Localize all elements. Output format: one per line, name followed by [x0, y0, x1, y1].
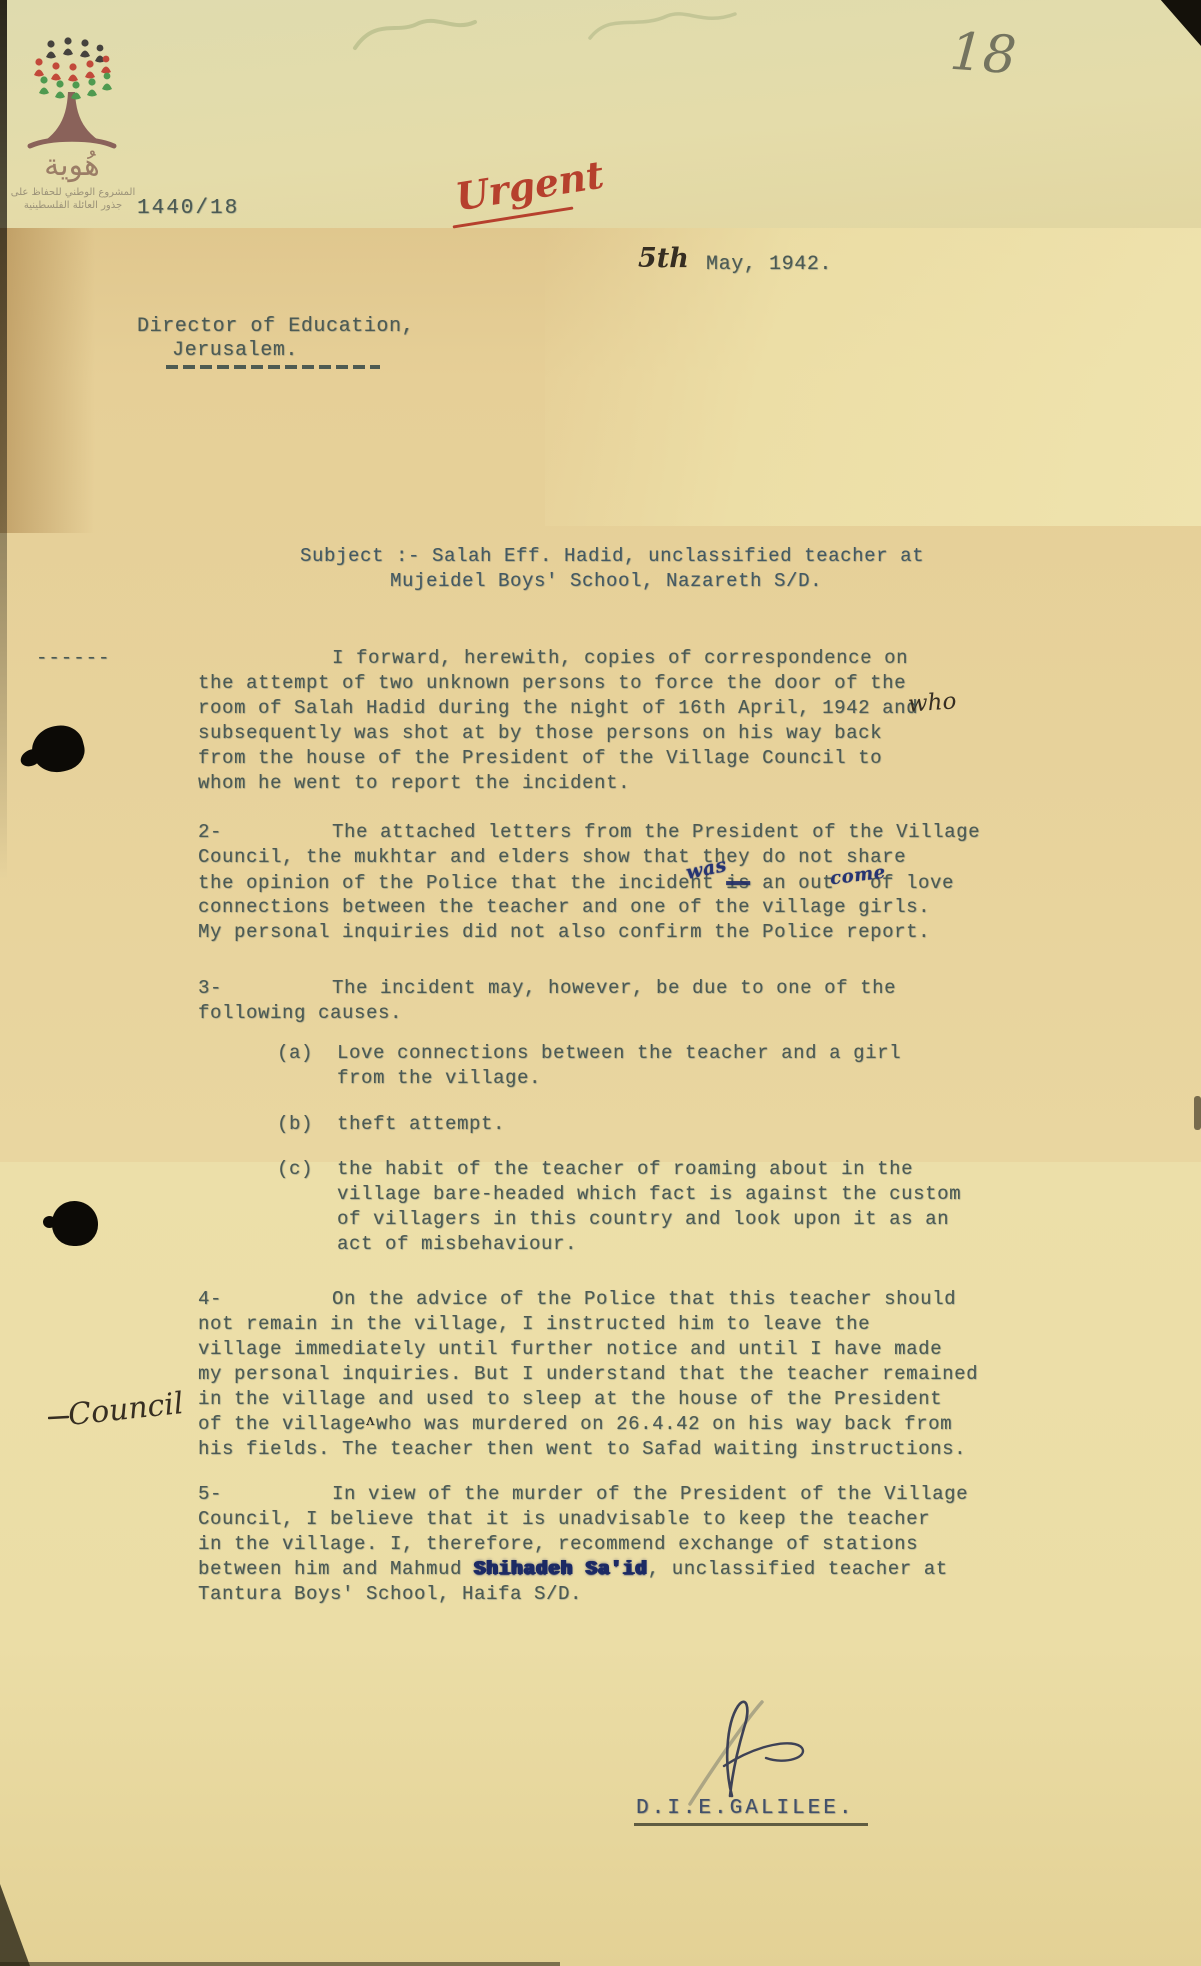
insert-caret: ʌ [366, 1408, 376, 1433]
recipient-underline [166, 365, 380, 369]
logo-arabic-subtitle-1: المشروع الوطني للحفاظ على [8, 186, 138, 199]
p2-line-2: Council, the mukhtar and elders show tha… [198, 845, 906, 870]
p3-number: 3- [198, 976, 222, 1001]
p2-l3-struck-word: is [726, 872, 750, 894]
p2-line-4: connections between the teacher and one … [198, 895, 930, 920]
p2-number: 2- [198, 820, 222, 845]
who-annotation: who [907, 688, 957, 717]
subject-text: Salah Eff. Hadid, unclassified teacher a… [432, 545, 924, 567]
family-tree-logo [24, 34, 120, 152]
p5-number: 5- [198, 1482, 222, 1507]
recipient-line-2: Jerusalem. [172, 338, 298, 363]
p5-line-1: In view of the murder of the President o… [332, 1482, 968, 1507]
scan-corner-top-right [1152, 0, 1201, 46]
cause-a-label: (a) [277, 1041, 313, 1066]
p2-line-5: My personal inquiries did not also confi… [198, 920, 930, 945]
cause-a-line-1: Love connections between the teacher and… [337, 1041, 901, 1066]
p1-line-1: I forward, herewith, copies of correspon… [332, 646, 908, 671]
recipient-line-1: Director of Education, [137, 314, 414, 339]
p4-l6-post: who was murdered on 26.4.42 on his way b… [376, 1413, 952, 1435]
p4-line-7: his fields. The teacher then went to Saf… [198, 1437, 966, 1462]
cause-c-line-4: act of misbehaviour. [337, 1232, 577, 1257]
p2-l3-pre: the opinion of the Police that the incid… [198, 872, 726, 894]
paper-shadow-wedge [0, 228, 95, 533]
scan-edge-bottom [0, 1962, 560, 1966]
scan-edge-left [0, 0, 7, 880]
p1-line-6: whom he went to report the incident. [198, 771, 630, 796]
cause-a-line-2: from the village. [337, 1066, 541, 1091]
signature-flourish [672, 1694, 832, 1812]
ink-blot-bottom [52, 1201, 98, 1246]
cause-c-line-1: the habit of the teacher of roaming abou… [337, 1157, 913, 1182]
p2-line-3: the opinion of the Police that the incid… [198, 870, 954, 896]
p4-line-3: village immediately until further notice… [198, 1337, 942, 1362]
ink-blot-top [27, 720, 89, 777]
p2-l3-mid: an out [750, 872, 834, 894]
p2-line-1: The attached letters from the President … [332, 820, 980, 845]
p5-l4-post: , unclassified teacher at [648, 1558, 948, 1580]
subject-line-1: Subject :- Salah Eff. Hadid, unclassifie… [300, 544, 924, 569]
subject-label: Subject :- [300, 545, 432, 567]
p4-l6-pre: of the village [198, 1413, 366, 1435]
margin-dashes: ------ [36, 646, 110, 671]
cause-c-line-2: village bare-headed which fact is agains… [337, 1182, 961, 1207]
p5-l4-pre: between him and Mahmud [198, 1558, 474, 1580]
p1-line-2: the attempt of two unknown persons to fo… [198, 671, 906, 696]
p1-line-4: subsequently was shot at by those person… [198, 721, 882, 746]
p4-line-4: my personal inquiries. But I understand … [198, 1362, 978, 1387]
p3-line-1: The incident may, however, be due to one… [332, 976, 896, 1001]
p4-number: 4- [198, 1287, 222, 1312]
page-number-pencil: 18 [948, 22, 1018, 86]
scan-notch-right [1194, 1096, 1201, 1130]
subject-line-2: Mujeidel Boys' School, Nazareth S/D. [390, 569, 822, 594]
p5-line-4: between him and Mahmud Shihadeh Sa'id, u… [198, 1557, 948, 1582]
date-typed: May, 1942. [706, 252, 832, 277]
logo-people-row-red [34, 56, 111, 82]
cause-c-label: (c) [277, 1157, 313, 1182]
p4-line-1: On the advice of the Police that this te… [332, 1287, 956, 1312]
council-dash-stroke [48, 1414, 70, 1422]
p4-line-6: of the villageʌwho was murdered on 26.4.… [198, 1412, 952, 1437]
p5-line-5: Tantura Boys' School, Haifa S/D. [198, 1582, 582, 1607]
p5-line-2: Council, I believe that it is unadvisabl… [198, 1507, 930, 1532]
logo-people-row-dark [46, 37, 105, 62]
faint-scribbles [335, 2, 765, 72]
cause-c-line-3: of villagers in this country and look up… [337, 1207, 949, 1232]
signature-name: D.I.E.GALILEE. [634, 1797, 868, 1826]
logo-people-row-green [39, 73, 112, 100]
p5-line-3: in the village. I, therefore, recommend … [198, 1532, 918, 1557]
cause-b-label: (b) [277, 1112, 313, 1137]
p4-line-2: not remain in the village, I instructed … [198, 1312, 870, 1337]
p1-line-5: from the house of the President of the V… [198, 746, 882, 771]
p4-line-5: in the village and used to sleep at the … [198, 1387, 942, 1412]
p3-line-2: following causes. [198, 1001, 402, 1026]
date-day-handwritten: 5th [638, 243, 689, 274]
p5-overwritten-name: Shihadeh Sa'id [474, 1558, 648, 1580]
reference-number: 1440/18 [137, 196, 239, 221]
council-margin-annotation: Council [66, 1386, 185, 1433]
document-page: هُوية المشروع الوطني للحفاظ على جذور الع… [0, 0, 1201, 1966]
cause-b-line-1: theft attempt. [337, 1112, 505, 1137]
urgent-note: Urgent [452, 152, 606, 220]
logo-arabic-subtitle-2: جذور العائلة الفلسطينية [8, 199, 138, 212]
logo-arabic-title: هُوية [26, 148, 118, 183]
scan-corner-bottom-left [0, 1884, 30, 1966]
p1-line-3: room of Salah Hadid during the night of … [198, 696, 918, 721]
